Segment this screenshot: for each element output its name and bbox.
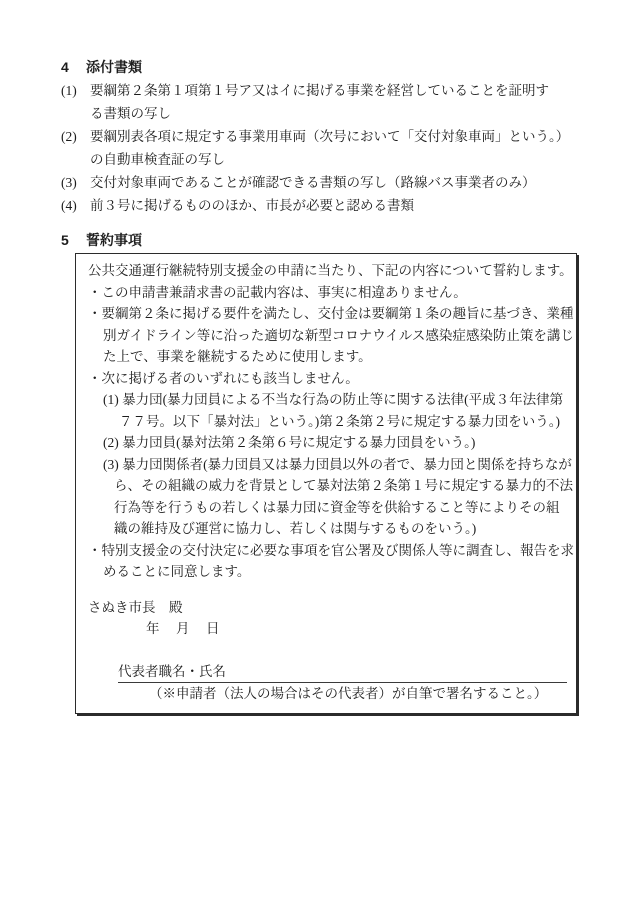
attachment-item-1-cont: る書類の写し: [61, 102, 590, 125]
attachment-item-4: (4)前３号に掲げるもののほか、市長が必要と認める書類: [61, 194, 590, 217]
attachment-item-1: (1)要綱第２条第１項第１号ア又はイに掲げる事業を経営していることを証明す: [61, 79, 590, 102]
pledge-subitem-3-cont: 織の維持及び運営に協力し、若しくは関与するものをいう。): [88, 518, 572, 540]
pledge-line: 別ガイドライン等に沿った適切な新型コロナウイルス感染症感染防止策を講じ: [88, 325, 572, 347]
section5-heading: 5誓約事項: [61, 231, 590, 249]
signature-note: （※申請者（法人の場合はその代表者）が自筆で署名すること。）: [88, 683, 572, 705]
section4-number: 4: [61, 56, 86, 79]
attachment-item-3: (3)交付対象車両であることが確認できる書類の写し（路線バス事業者のみ）: [61, 171, 590, 194]
item-text: 要綱別表各項に規定する事業用車両（次号において「交付対象車両」という。）: [90, 129, 569, 144]
pledge-line: ・この申請書兼請求書の記載内容は、事実に相違ありません。: [88, 282, 572, 304]
pledge-subitem-2: (2) 暴力団員(暴対法第２条第６号に規定する暴力団員をいう。): [88, 432, 572, 454]
item-text: 前３号に掲げるもののほか、市長が必要と認める書類: [90, 198, 414, 213]
pledge-line: ・要綱第２条に掲げる要件を満たし、交付金は要綱第１条の趣旨に基づき、業種: [88, 303, 572, 325]
signature-field[interactable]: 代表者職名・氏名: [118, 661, 567, 684]
attachment-item-2-cont: の自動車検査証の写し: [61, 148, 590, 171]
addressee-line: さぬき市長 殿: [88, 597, 572, 619]
pledge-box: 公共交通運行継続特別支援金の申請に当たり、下記の内容について誓約します。 ・この…: [75, 253, 577, 714]
pledge-subitem-3: (3) 暴力団関係者(暴力団員又は暴力団員以外の者で、暴力団と関係を持ちなが: [88, 454, 572, 476]
item-text: 要綱第２条第１項第１号ア又はイに掲げる事業を経営していることを証明す: [90, 83, 549, 98]
item-marker: (3): [61, 171, 90, 194]
pledge-subitem-3-cont: ら、その組織の威力を背景として暴対法第２条第１号に規定する暴力的不法: [88, 475, 572, 497]
item-text: 交付対象車両であることが確認できる書類の写し（路線バス事業者のみ）: [90, 175, 536, 190]
pledge-intro: 公共交通運行継続特別支援金の申請に当たり、下記の内容について誓約します。: [88, 260, 572, 282]
pledge-subitem-1-cont: ７７号。以下「暴対法」という。)第２条第２号に規定する暴力団をいう。): [88, 411, 572, 433]
item-marker: (1): [61, 79, 90, 102]
pledge-line: めることに同意します。: [88, 561, 572, 583]
section4-heading: 4添付書類: [61, 56, 590, 79]
pledge-line: ・特別支援金の交付決定に必要な事項を官公署及び関係人等に調査し、報告を求: [88, 540, 572, 562]
item-marker: (4): [61, 194, 90, 217]
attachment-item-2: (2)要綱別表各項に規定する事業用車両（次号において「交付対象車両」という。）: [61, 125, 590, 148]
pledge-subitem-3-cont: 行為等を行うもの若しくは暴力団に資金等を供給すること等によりその組: [88, 497, 572, 519]
section5-title: 誓約事項: [86, 232, 142, 248]
date-line: 年 月 日: [88, 618, 572, 640]
pledge-subitem-1: (1) 暴力団(暴力団員による不当な行為の防止等に関する法律(平成３年法律第: [88, 389, 572, 411]
pledge-line: た上で、事業を継続するために使用します。: [88, 346, 572, 368]
section4-title: 添付書類: [86, 59, 142, 75]
section5-number: 5: [61, 231, 86, 249]
item-marker: (2): [61, 125, 90, 148]
document-page: 4添付書類 (1)要綱第２条第１項第１号ア又はイに掲げる事業を経営していることを…: [0, 0, 630, 903]
pledge-line: ・次に掲げる者のいずれにも該当しません。: [88, 368, 572, 390]
signature-label: 代表者職名・氏名: [118, 664, 226, 679]
